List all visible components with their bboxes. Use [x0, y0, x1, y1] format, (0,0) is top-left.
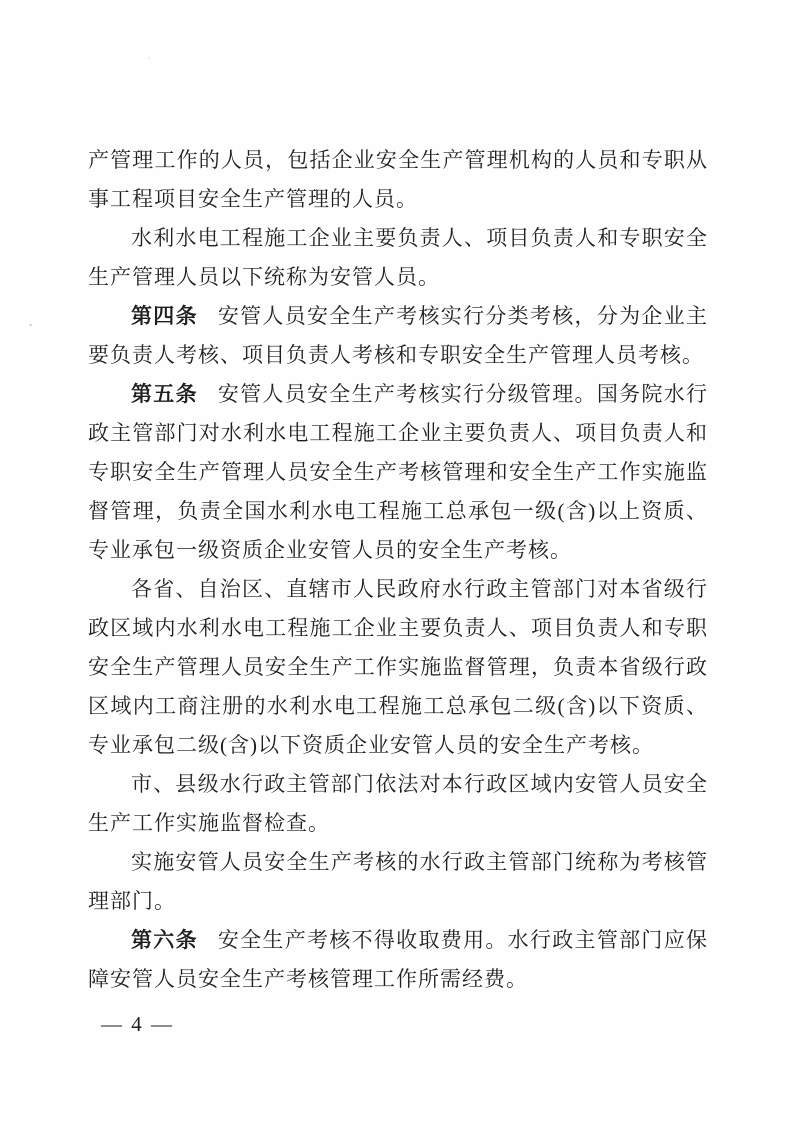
- paragraph-article-4: 第四条安管人员安全生产考核实行分类考核，分为企业主要负责人考核、项目负责人考核和…: [88, 297, 708, 375]
- paragraph: 各省、自治区、直辖市人民政府水行政主管部门对本省级行政区域内水利水电工程施工企业…: [88, 570, 708, 765]
- article-number: 第四条: [131, 305, 198, 328]
- paragraph-text: 各省、自治区、直辖市人民政府水行政主管部门对本省级行政区域内水利水电工程施工企业…: [88, 577, 708, 757]
- scanned-document-page: 产管理工作的人员，包括企业安全生产管理机构的人员和专职从事工程项目安全生产管理的…: [0, 0, 793, 1122]
- paragraph: 水利水电工程施工企业主要负责人、项目负责人和专职安全生产管理人员以下统称为安管人…: [88, 219, 708, 297]
- scan-artifact: [148, 57, 150, 59]
- paragraph-text: 产管理工作的人员，包括企业安全生产管理机构的人员和专职从事工程项目安全生产管理的…: [88, 148, 708, 211]
- page-number-footer: — 4 —: [101, 1010, 174, 1038]
- paragraph-article-6: 第六条安全生产考核不得收取费用。水行政主管部门应保障安管人员安全生产考核管理工作…: [88, 921, 708, 999]
- paragraph-article-5: 第五条安管人员安全生产考核实行分级管理。国务院水行政主管部门对水利水电工程施工企…: [88, 375, 708, 570]
- scan-artifact: [29, 324, 32, 326]
- article-number: 第六条: [131, 929, 198, 952]
- paragraph-text: 实施安管人员安全生产考核的水行政主管部门统称为考核管理部门。: [88, 850, 708, 913]
- document-body: 产管理工作的人员，包括企业安全生产管理机构的人员和专职从事工程项目安全生产管理的…: [88, 141, 708, 999]
- paragraph: 产管理工作的人员，包括企业安全生产管理机构的人员和专职从事工程项目安全生产管理的…: [88, 141, 708, 219]
- paragraph-text: 安管人员安全生产考核实行分级管理。国务院水行政主管部门对水利水电工程施工企业主要…: [88, 382, 708, 562]
- paragraph: 市、县级水行政主管部门依法对本行政区域内安管人员安全生产工作实施监督检查。: [88, 765, 708, 843]
- paragraph-text: 市、县级水行政主管部门依法对本行政区域内安管人员安全生产工作实施监督检查。: [88, 772, 708, 835]
- article-number: 第五条: [131, 383, 198, 406]
- paragraph: 实施安管人员安全生产考核的水行政主管部门统称为考核管理部门。: [88, 843, 708, 921]
- paragraph-text: 水利水电工程施工企业主要负责人、项目负责人和专职安全生产管理人员以下统称为安管人…: [88, 226, 708, 289]
